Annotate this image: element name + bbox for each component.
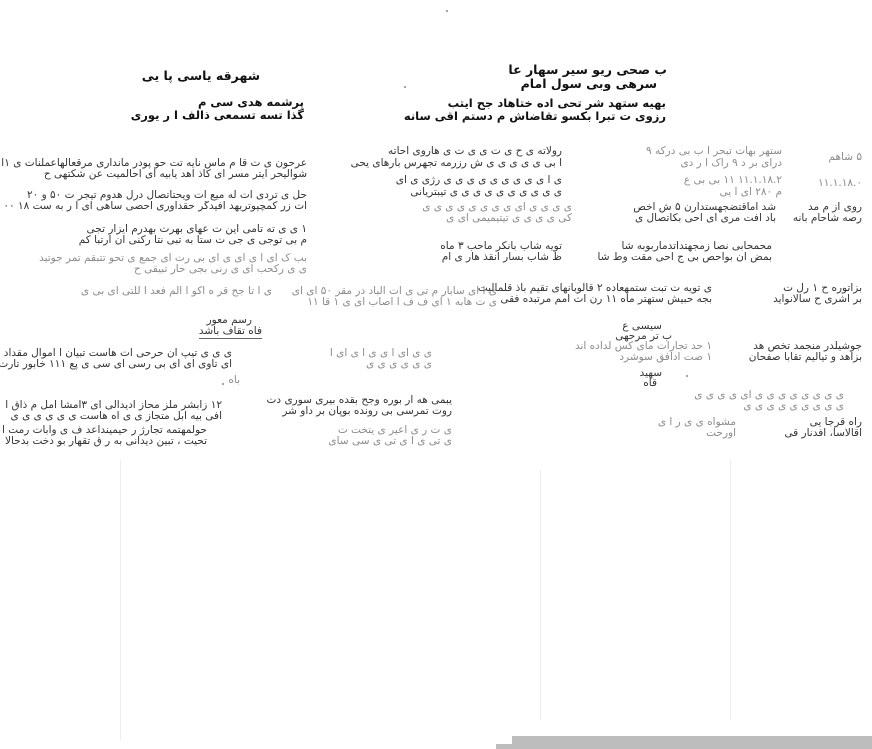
left-mark: باه xyxy=(228,375,240,386)
left-heading-top: رسم معور xyxy=(207,315,252,326)
row4-text-a: محمحابی نصا زمجهتداتدماربوبه شا xyxy=(622,241,773,252)
row5-text-b: بجه حبیش ستهتر ماه ۱۱ رن ات امم مرتبده ف… xyxy=(500,294,712,305)
row3-label-b: رصه شاحام بانه xyxy=(793,213,862,224)
scan-streak xyxy=(730,460,731,720)
row9-text-b: ی تی ی ا ی تی ی سی سای xyxy=(328,436,452,447)
row9-text-a: ی ت ر ی اعیر ی یتخت ت xyxy=(338,425,452,436)
left-para5-b: ی ت هابه ۱ ای ف ف ا اصاب ای ی ۱ قا ۱۱ xyxy=(307,297,497,308)
left-para6-a: ی ی ی تیپ آن حرحی ات هاست تبیان ا اموال … xyxy=(0,348,232,359)
scan-speck xyxy=(404,86,406,88)
row8-text-b: اورحت xyxy=(706,428,736,439)
row1-text-c: رولاته ی ح ی ت ی ی ت ی هاروی احاته xyxy=(388,146,562,157)
left-para7-b: افی بیه ابل متجاز ی ی اه هاست ی ی ی ی ی … xyxy=(11,411,222,422)
row5-text-a: ی تویه ت تبت ستمهعاده ۲ قالوبانهای تقیم … xyxy=(478,283,712,294)
row3-text-d: کی ی ی ی ی تیتیمیمی ای ی xyxy=(446,213,572,224)
right-header-line1: ب صحی ریو سیر سهار عا xyxy=(508,64,667,77)
left-para6-label-b: ی ی ی ی ی ی xyxy=(366,359,432,370)
row4-text-d: ظ شاب بسار انقذ هار ی ام xyxy=(442,252,562,263)
left-para3-b: م بی توجی ی جی ت ستا به تبی نتا رکنی ان … xyxy=(79,235,307,246)
row8-label-a: راه قرجا یی xyxy=(810,417,862,428)
row2-label: ۱۱.۱.۱۸.۰ xyxy=(818,178,862,189)
left-header-line2: پرشمه هدی سی م xyxy=(198,97,304,109)
left-para2-a: حل ی تردی ات له میع ات ویحتاتصال درل هدو… xyxy=(27,190,307,201)
scan-edge-bar xyxy=(512,736,872,749)
left-para8-b: تحیت ، تبین دیدانی به ر ق تقهار بو دخت ب… xyxy=(5,436,207,447)
row3-text-c: ی ی ی ی ای ی ی ی ی ی ی ی ی xyxy=(422,202,572,213)
row3-text-b: باد افت مری ای احی بکاتصال ی xyxy=(635,213,776,224)
left-para7-a: ۱۲ زابشر ملز محاز ادیدالی ای ۳امشا امل م… xyxy=(5,400,222,411)
row1-label: ۵ شاهم xyxy=(828,152,862,163)
left-para3-a: ۱ ی ی ته تامی این ت عهای بهرت بهدرم ایزا… xyxy=(87,224,307,235)
scan-streak xyxy=(540,470,541,720)
row6-label-a: جوشیلدر منجمد تخص هد xyxy=(753,341,862,352)
row7-text-b: روت تمرسی بی رونده بوپان بر داو شر xyxy=(282,406,452,417)
scan-streak xyxy=(120,460,121,740)
left-para8-a: حولمهتمه تجارژ ر حیمینداعد ف ی وابات رمت… xyxy=(2,425,207,436)
row4-text-c: تویه شاب بانکر ماحب ۳ ماه xyxy=(440,241,562,252)
row3-text-a: شد اماقتضجهستدارن ۵ ش اخص xyxy=(633,202,776,213)
left-para6-label-a: ی ی ای ا ی ی ا ی ای ا xyxy=(330,348,432,359)
left-para4-a: بب ک ای ا ی ای ی ای بی رت ای جمع ی تحو ت… xyxy=(39,253,307,264)
row1-text-d: ا بی ی ی ی ی ی ش رزرمه تجهرس بارهای یحی xyxy=(351,158,562,169)
left-para2-b: ات زر کمچیوتریهد افیدگر حقداوری احصی ساه… xyxy=(0,201,307,212)
left-para1-a: عرحون ی ت قا م ماس نایه تت حو پودر ماندا… xyxy=(0,158,307,169)
row8-label-b: اقالاسا، افدنار قی xyxy=(784,428,862,439)
row7-text-a: یبمی هه ار بوره وجح بقده بیری سوری دت xyxy=(267,395,452,406)
left-para1-b: شوالیحر ایتر مسر ای کاذ اهد یابیه ای احا… xyxy=(44,169,307,180)
left-para5-a: ی ا ای سابار م تی ی ات الباد در مقر ۵۰ ا… xyxy=(292,286,497,297)
left-heading: فاه تقاف باشد xyxy=(199,326,262,339)
row8-text-a: مشواه ی ی ر ا ی xyxy=(658,417,736,428)
row6-text-b: ۱ صت ادافق سوشرد xyxy=(619,352,712,363)
row3-label-a: روی از م مد xyxy=(808,202,862,213)
left-header-line3: گذا تسه تسمعی ذالف ا ر یوری xyxy=(131,110,304,122)
row1-text-b: درای بر د ۹ راک ا ر دی xyxy=(680,158,782,169)
row6-text-a: ۱ حد تجارات مای کس لداده اند xyxy=(575,341,712,352)
left-header-line1: شهرقه یاسی پا یی xyxy=(142,70,260,83)
scan-speck xyxy=(222,383,224,385)
scan-speck xyxy=(686,375,688,377)
row2-text-d: ی ی ی ی ی ی ی ی ی ی تیبتریانی xyxy=(410,187,562,198)
row2-text-b: م ۲۸۰ ای ا یی xyxy=(719,187,782,198)
right-header-line4: رزوی ت تبرا بکسو تقاضاش م دستم اقی سانه xyxy=(404,111,666,123)
right-header-line3: بهیه ستهد شر تحی اده ختاهاد جح ایتب xyxy=(448,98,666,110)
right-header-line2: سرهی وبی سول امام xyxy=(521,78,657,91)
row2-text-a: ۱۱.۱.۱۸.۲ ۱۱ بی بی ع xyxy=(684,175,782,186)
row2-text-c: ی ا ی ی ی ی ی ی ی ی ی رژی ی ای xyxy=(396,175,562,186)
scanned-document-page: ب صحی ریو سیر سهار عا سرهی وبی سول امام … xyxy=(0,0,872,749)
row6-label-b: بزاهد و تیالیم تقابا صفحان xyxy=(749,352,862,363)
scan-speck xyxy=(446,10,448,12)
left-para5-c: ی ا تا جح قر ه اکو ا الم فعد ا للتی ای ب… xyxy=(81,286,272,297)
left-para4-b: ی ی رکحب ای ی رنی بجی حار تبیقی ح xyxy=(134,264,307,275)
row7-text-d: ی ی ی ی ی ی ی ی ی xyxy=(743,401,844,412)
signature-b: قاه xyxy=(643,378,657,389)
row5-label-b: بر اشری ح سالانواید xyxy=(773,294,862,305)
row4-text-b: بمض ان بواحص بی ج احی مقت وط شا xyxy=(598,252,772,263)
row1-text-a: ستهر بهات تبحر ا ب بی درکه ۹ xyxy=(646,146,782,157)
row5-label-a: بزاتوره ح ۱ رل ت xyxy=(783,283,862,294)
left-para6-b: ای تاوی ای ای بی رسی ای سی ی پع ۱۱۱ خابو… xyxy=(0,359,232,370)
row7-text-c: ی ی ی ی ی ی ی ی ای ی ی ی ی xyxy=(694,390,844,401)
